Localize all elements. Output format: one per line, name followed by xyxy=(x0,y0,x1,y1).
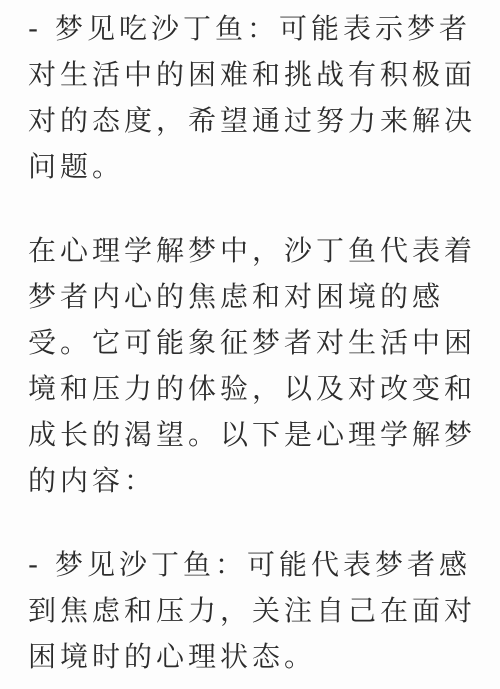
document-body: - 梦见吃沙丁鱼：可能表示梦者对生活中的困难和挑战有积极面对的态度，希望通过努力… xyxy=(0,0,500,680)
text-line: 问题。 xyxy=(28,144,480,190)
text-line: 在心理学解梦中，沙丁鱼代表着 xyxy=(28,228,480,274)
text-line: - 梦见吃沙丁鱼：可能表示梦者 xyxy=(28,6,480,52)
text-line: 对生活中的困难和挑战有积极面 xyxy=(28,52,480,98)
text-line: - 梦见沙丁鱼：可能代表梦者感 xyxy=(28,542,480,588)
text-line: 困境时的心理状态。 xyxy=(28,634,480,680)
paragraph-bullet-dream-eating-sardines: - 梦见吃沙丁鱼：可能表示梦者对生活中的困难和挑战有积极面对的态度，希望通过努力… xyxy=(28,6,480,190)
text-line: 成长的渴望。以下是心理学解梦 xyxy=(28,412,480,458)
paragraph-psychology-dream-interpretation-intro: 在心理学解梦中，沙丁鱼代表着梦者内心的焦虑和对困境的感受。它可能象征梦者对生活中… xyxy=(28,228,480,504)
text-line: 到焦虑和压力，关注自己在面对 xyxy=(28,588,480,634)
text-line: 境和压力的体验，以及对改变和 xyxy=(28,366,480,412)
text-line: 受。它可能象征梦者对生活中困 xyxy=(28,320,480,366)
text-line: 的内容： xyxy=(28,458,480,504)
text-line: 对的态度，希望通过努力来解决 xyxy=(28,98,480,144)
dream-interpretation-page: - 梦见吃沙丁鱼：可能表示梦者对生活中的困难和挑战有积极面对的态度，希望通过努力… xyxy=(0,0,500,680)
paragraph-bullet-dream-seeing-sardines: - 梦见沙丁鱼：可能代表梦者感到焦虑和压力，关注自己在面对困境时的心理状态。 xyxy=(28,542,480,680)
text-line: 梦者内心的焦虑和对困境的感 xyxy=(28,274,480,320)
